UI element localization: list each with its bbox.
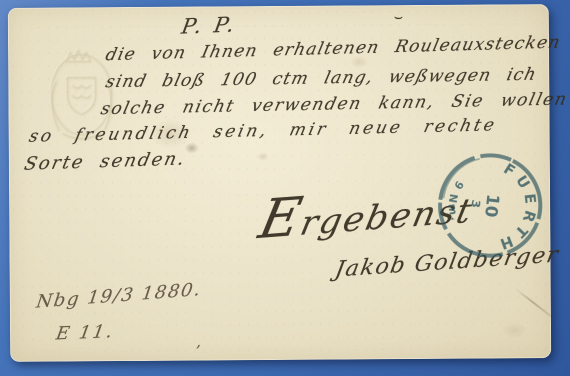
postmark-month: 3 (468, 199, 483, 209)
corner-crease (514, 287, 552, 317)
message-line-2: sind bloß 100 ctm lang, weßwegen ich (104, 65, 539, 93)
postmark-day: 10 (481, 193, 504, 218)
reference-annotation: E 11. (54, 321, 115, 344)
postmark-fuerth: FUERTH 9 Nm. 10 3 (425, 140, 556, 271)
postcard: P. P. die von Ihnen erhaltenen Rouleauxs… (8, 4, 551, 362)
postscriptum-heading: P. P. (180, 12, 239, 38)
paper-stain (502, 322, 528, 338)
paper-stain (257, 152, 269, 161)
message-line-3: solche nicht verwenden kann, Sie wollen (99, 89, 570, 119)
kurrent-u-mark: ⌣ (394, 9, 403, 25)
stray-pen-mark: , (196, 333, 201, 351)
message-line-1: die von Ihnen erhaltenen Rouleauxstecken (104, 33, 563, 66)
date-annotation: Nbg 19/3 1880. (35, 279, 203, 313)
photo-background: P. P. die von Ihnen erhaltenen Rouleauxs… (0, 0, 570, 376)
message-line-5: Sorte senden. (22, 148, 188, 174)
